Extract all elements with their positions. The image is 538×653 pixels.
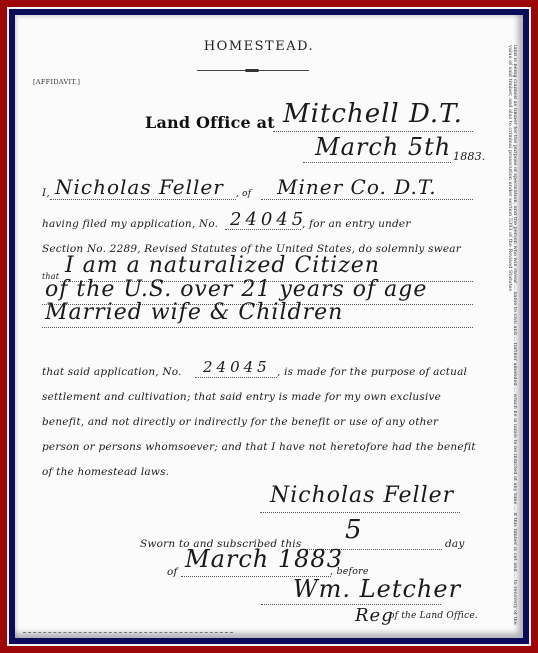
document-title: HOMESTEAD. bbox=[15, 39, 523, 54]
para2-line-3: benefit, and not directly or indirectly … bbox=[42, 416, 438, 428]
affiant-prefix: I, bbox=[42, 187, 50, 199]
application-prefix: having filed my application, No. bbox=[42, 218, 218, 230]
land-office-location: Mitchell D.T. bbox=[283, 99, 463, 129]
statement-line-3 bbox=[42, 327, 473, 328]
statement-text-3: Married wife & Children bbox=[45, 300, 343, 325]
land-office-label: Land Office at bbox=[145, 113, 275, 132]
affiant-signature-line bbox=[260, 512, 460, 513]
para2-prefix: that said application, No. bbox=[42, 366, 182, 378]
officer-signature: Wm. Letcher bbox=[293, 575, 461, 603]
date-year: 1883. bbox=[453, 150, 486, 163]
affiant-name-line bbox=[50, 199, 236, 200]
residence-line bbox=[261, 199, 473, 200]
statement-text-1: I am a naturalized Citizen bbox=[65, 253, 380, 278]
date-value: March 5th bbox=[315, 133, 451, 161]
of-label-2: of bbox=[167, 566, 178, 578]
para2-suffix: , is made for the purpose of actual bbox=[277, 366, 467, 378]
officer-title-handwritten: Reg bbox=[355, 605, 394, 626]
of-label: , of bbox=[236, 189, 251, 199]
application-number: 24045 bbox=[230, 209, 307, 230]
para2-application-number: 24045 bbox=[203, 358, 271, 376]
sworn-month-year: March 1883 bbox=[185, 545, 343, 573]
homestead-affidavit-document: HOMESTEAD. [AFFIDAVIT.] Land Office at M… bbox=[15, 15, 523, 638]
affiant-signature: Nicholas Feller bbox=[270, 483, 454, 508]
para2-number-line bbox=[195, 377, 277, 378]
sworn-day: 5 bbox=[345, 515, 363, 545]
para2-line-2: settlement and cultivation; that said en… bbox=[42, 391, 441, 403]
date-field-line bbox=[303, 162, 451, 163]
affiant-name: Nicholas Feller bbox=[55, 175, 224, 199]
form-label: [AFFIDAVIT.] bbox=[33, 78, 80, 86]
para2-line-4: person or persons whomsoever; and that I… bbox=[42, 441, 476, 453]
land-office-field-line bbox=[273, 131, 473, 132]
bottom-rule bbox=[23, 632, 233, 633]
title-ornament-divider bbox=[197, 70, 309, 71]
officer-title-suffix: of the Land Office. bbox=[389, 611, 478, 621]
affiant-residence: Miner Co. D.T. bbox=[277, 175, 437, 199]
margin-note: land is being claimed as timber for the … bbox=[507, 45, 517, 635]
application-suffix: , for an entry under bbox=[302, 218, 411, 230]
para2-line-5: of the homestead laws. bbox=[42, 466, 169, 478]
statement-text-2: of the U.S. over 21 years of age bbox=[45, 277, 427, 302]
officer-signature-line bbox=[261, 604, 441, 605]
sworn-day-suffix: day bbox=[445, 538, 465, 550]
